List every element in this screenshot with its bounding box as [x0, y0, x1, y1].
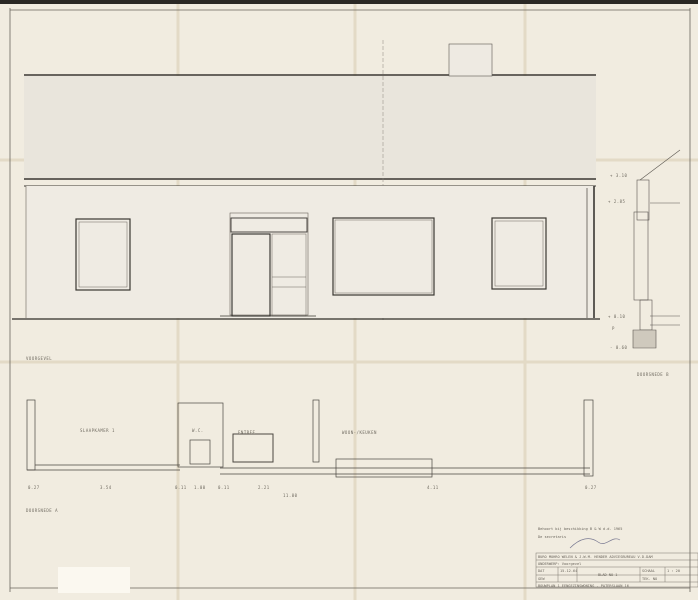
room-entree: ENTREE [238, 430, 255, 435]
approval-sub: De secretaris [538, 535, 566, 539]
dim-0: 0.27 [28, 485, 40, 490]
level-3: + 0.10 [608, 314, 625, 319]
date-value: 15.12.64 [560, 569, 577, 573]
subject: ONDERWERP: Voorgevel [538, 562, 581, 566]
level-1: + 3.10 [610, 173, 627, 178]
section-a-label: DOORSNEDE A [26, 508, 58, 513]
drawing-no: BLAD NO 1 [598, 573, 617, 577]
date-label: DAT [538, 569, 545, 573]
dim-4: 0.11 [218, 485, 230, 490]
dim-6: 11.00 [283, 493, 298, 498]
drawing-sheet: VOORGEVEL DOORSNEDE B + 3.10 + 2.85 + 0.… [0, 0, 698, 600]
dim-1: 3.54 [100, 485, 112, 490]
elevation-label: VOORGEVEL [26, 356, 52, 361]
paper-label-patch [58, 567, 130, 593]
elevation [12, 40, 600, 320]
approval-line: Behoort bij beschikking B & W d.d. 1965 [538, 527, 622, 531]
architect: BURO MOHRO WELEN & J.W.M. HENDER ADVIESB… [538, 555, 653, 559]
project: BOUWPLAN 1 EENGEZINSWONING - PATERSLAAN … [538, 584, 629, 588]
level-4: P [612, 326, 615, 331]
section-detail [633, 150, 680, 348]
section-b-label: DOORSNEDE B [637, 372, 669, 377]
dim-5: 2.21 [258, 485, 270, 490]
level-2: + 2.85 [608, 199, 625, 204]
scale-label: SCHAAL [642, 569, 655, 573]
level-5: - 0.60 [610, 345, 627, 350]
architectural-drawing [0, 0, 698, 600]
dim-3: 1.00 [194, 485, 206, 490]
room-wc: W.C. [192, 428, 204, 433]
room-slaapkamer: SLAAPKAMER 1 [80, 428, 115, 433]
sheet-label: TEK. NO [642, 577, 657, 581]
dim-7: 4.11 [427, 485, 439, 490]
drawn-label: GEW [538, 577, 545, 581]
floor-plan [27, 400, 593, 477]
dim-2: 0.11 [175, 485, 187, 490]
room-woonkeuken: WOON-/KEUKEN [342, 430, 377, 435]
scale-value: 1 : 20 [667, 569, 680, 573]
dim-8: 0.27 [585, 485, 597, 490]
